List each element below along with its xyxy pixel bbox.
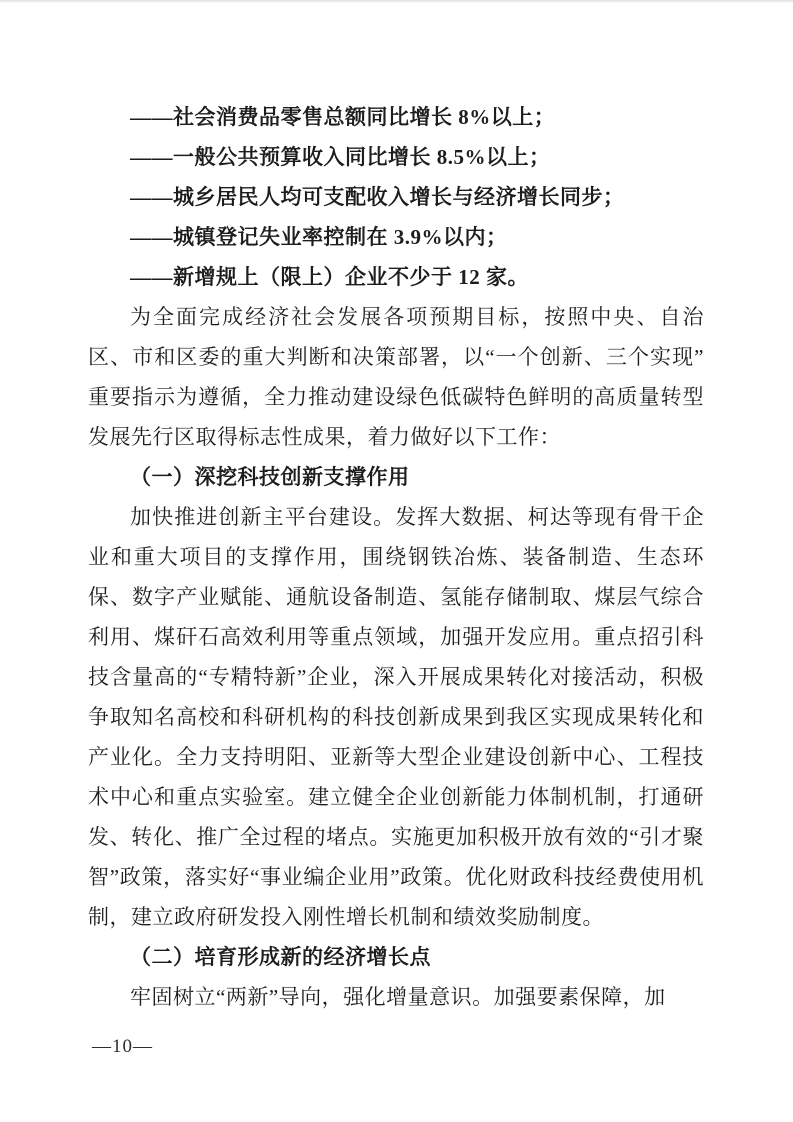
page-content: ——社会消费品零售总额同比增长 8%以上； ——一般公共预算收入同比增长 8.5… bbox=[88, 97, 704, 1017]
section-paragraph: 加快推进创新主平台建设。发挥大数据、柯达等现有骨干企业和重大项目的支撑作用，围绕… bbox=[88, 497, 704, 937]
section-paragraph: 牢固树立“两新”导向，强化增量意识。加强要素保障，加 bbox=[88, 977, 704, 1017]
intro-paragraph: 为全面完成经济社会发展各项预期目标，按照中央、自治区、市和区委的重大判断和决策部… bbox=[88, 297, 704, 457]
target-list-item: ——新增规上（限上）企业不少于 12 家。 bbox=[88, 257, 704, 297]
scan-edge-artifact bbox=[0, 0, 793, 3]
target-list-item: ——社会消费品零售总额同比增长 8%以上； bbox=[88, 97, 704, 137]
target-list-item: ——城镇登记失业率控制在 3.9%以内； bbox=[88, 217, 704, 257]
section-heading: （二）培育形成新的经济增长点 bbox=[88, 937, 704, 977]
target-list-item: ——一般公共预算收入同比增长 8.5%以上； bbox=[88, 137, 704, 177]
target-list-item: ——城乡居民人均可支配收入增长与经济增长同步； bbox=[88, 177, 704, 217]
page-number: —10— bbox=[92, 1033, 153, 1061]
document-page: ——社会消费品零售总额同比增长 8%以上； ——一般公共预算收入同比增长 8.5… bbox=[0, 0, 793, 1122]
section-heading: （一）深挖科技创新支撑作用 bbox=[88, 457, 704, 497]
